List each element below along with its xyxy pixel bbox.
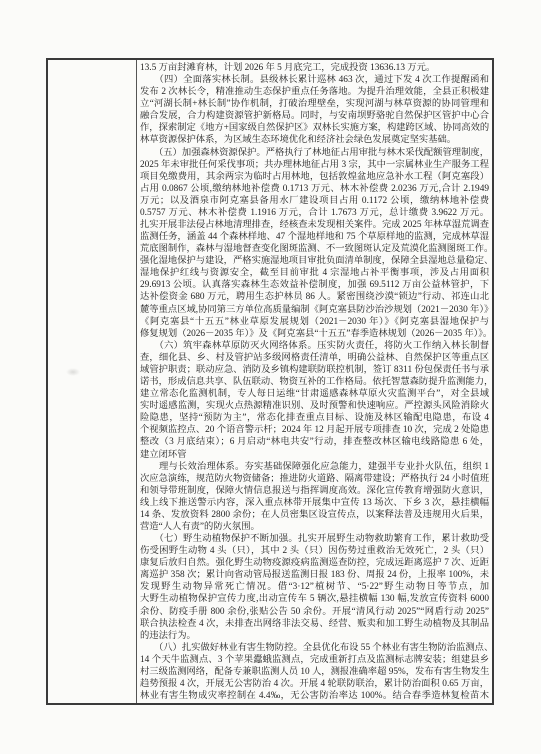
- text-line: 占用 0.0867 公顷,缴纳林地补偿费 0.1713 万元、林木补偿费 2.0…: [140, 183, 489, 195]
- text-line: 建立闭环管: [140, 449, 489, 461]
- text-line: 和领导带班制度，保障火情信息报送与指挥调度高效。深化宣传教育增强防火意识，: [140, 485, 489, 497]
- text-line: 余份、防疫手册 800 余份,张贴公告 50 余份。开展“清风行动 2025”“…: [140, 606, 489, 618]
- report-text-cell: 13.5 万亩封滩育林，计划 2026 年 5 月底完工，完成投资 13636.…: [137, 60, 492, 703]
- text-line: 29.6913 公顷。认真落实森林生态效益补偿制度，加强 69.5112 万亩公…: [140, 279, 489, 291]
- text-line: 建立常态化监测机制，专人每日运维“甘肃遥感森林草原火灾监测平台”，对全县域: [140, 388, 489, 400]
- text-line: 大野生动植物保护宣传力度,出动宣传车 5 辆次,悬挂横幅 130 幅,发放宣传资…: [140, 593, 489, 605]
- text-line: 次应急演练，规范防火物资储备；推进防火道路、隔离带建设；严格执行 24 小时值班: [140, 473, 489, 485]
- text-line: 万元；以及酒泉市阿克塞县备用水厂建设项目占用 0.1172 公顷，缴纳林地补偿费: [140, 195, 489, 207]
- text-line: 发布 2 次林长令，精准推动生态保护重点任务落地。为提升治理效能，全县正积极建: [140, 86, 489, 98]
- scanned-document-page: 13.5 万亩封滩育林，计划 2026 年 5 月底完工，完成投资 13636.…: [0, 0, 541, 754]
- text-line: 《阿克塞县“十五五”林业草原发展规划（2021－2030 年）》《阿克塞县湿地保…: [140, 316, 489, 328]
- text-line: 14 个天牛监测点、3 个苹果蠹蛾监测点，完成重新打点及监测标志牌安装；组建县乡: [140, 654, 489, 666]
- text-line: 域管护职责；联动应急、消防及乡镇构建联防联控机制，签订 8311 份包保责任书与…: [140, 364, 489, 376]
- report-table: 13.5 万亩封滩育林，计划 2026 年 5 月底完工，完成投资 13636.…: [46, 58, 494, 705]
- text-line: 林业有害生物成灾率控制在 4.4‰，无公害防治率达 100%。结合春季造林复检苗…: [140, 690, 489, 702]
- text-line: （四）全面落实林长制。县级林长累计巡林 463 次，通过下发 4 次工作提醒函和: [140, 74, 489, 86]
- text-line: 查，细化县、乡、村及管护站多级网格责任清单，明确公益林、自然保护区等重点区: [140, 352, 489, 364]
- text-line: 离巡护 358 次；累计向省动管局报送监测日报 183 份、周报 24 份，上报…: [140, 569, 489, 581]
- text-line: 湿地保护红线与资源安全，截至目前审批 4 宗湿地占补平衡事项，涉及占用面积: [140, 267, 489, 279]
- text-line: （七）野生动植物保护不断加强。扎实开展野生动物救助繁育工作，累计救助受: [140, 533, 489, 545]
- report-lines: 13.5 万亩封滩育林，计划 2026 年 5 月底完工，完成投资 13636.…: [140, 62, 489, 702]
- text-line: 13.5 万亩封滩育林，计划 2026 年 5 月底完工，完成投资 13636.…: [140, 62, 489, 74]
- text-line: 发现野生动物异常死亡情况。借“3·12”植树节、“5·22”野生动物日等节点，加: [140, 581, 489, 593]
- text-line: （五）加强森林资源保护。严格执行了林地征占用审批与林木采伐配额管理制度，: [140, 147, 489, 159]
- text-line: 险隐患，坚持“预防为主”，常态化排查重点目标、设施及林区输配电隐患，布设 4: [140, 412, 489, 424]
- text-line: 营造“人人有责”的防火氛围。: [140, 521, 489, 533]
- text-line: 个视频监控点、20 个语音警示杆；2024 年 12 月起开展专项排查 10 次…: [140, 424, 489, 436]
- text-line: 的违法行为。: [140, 630, 489, 642]
- text-line: 联合执法检查 4 次，未排查出网络非法交易、经营、贩卖和加工野生动植物及其制品: [140, 618, 489, 630]
- text-line: 荒底图制作，森林与湿地督查变化图斑监测、不一致图斑认定及荒漠化监测图斑工作。: [140, 243, 489, 255]
- text-line: 村三级监测网络，配备专兼职监测人员 10 人，测报准确率超 95%，发布有害生物…: [140, 666, 489, 678]
- text-line: 扎实开展非法侵占林地清理排查，经核查未发现相关案件。完成 2025 年林草湿荒调…: [140, 219, 489, 231]
- text-line: 康复后放归自然。强化野生动物疫源疫病监测巡查防控，完成远距离巡护 7 次、近距: [140, 557, 489, 569]
- text-line: 整改（3 月底结束）；6 月启动“林电共安”行动，排查整改林区输电线路隐患 6 …: [140, 436, 489, 448]
- text-line: 2025 年未审批任何采伐事项；共办理林地征占用 3 宗，其中一宗属林业生产服务…: [140, 159, 489, 171]
- text-line: （八）扎实做好林业有害生物防控。全县优化布设 55 个林业有害生物防治监测点、: [140, 642, 489, 654]
- text-line: 监测任务，涵盖 44 个森林样地、47 个湿地样地和 75 个草原样地的监测，完…: [140, 231, 489, 243]
- text-line: 项目免缴费用，其余两宗为临时占用林地，包括敦煌盆地应急补水工程（阿克塞段）: [140, 171, 489, 183]
- text-line: 林草资源保护体系，为区域生态环境优化和经济社会绿色发展奠定坚实基础。: [140, 134, 489, 146]
- text-line: 达补偿资金 680 万元，聘用生态护林员 86 人。紧密围绕沙漠“锁边”行动、祁…: [140, 291, 489, 303]
- text-line: 立“河湖长制+林长制”协作机制，打破治理壁垒，实现河湖与林草资源的协同管理和: [140, 98, 489, 110]
- text-line: 强化湿地保护与建设，严格实施湿地项目审批负面清单制度，保障全县湿地总量稳定、: [140, 255, 489, 267]
- text-line: 实时遥感监测，实现火点热源精准识别、及时预警和快速响应。严控源头风险消除火: [140, 400, 489, 412]
- text-line: （六）筑牢森林草原防灭火网络体系。压实防火责任，将防火工作纳入林长制督: [140, 340, 489, 352]
- text-line: 诺书，形成信息共享、队伍联动、物资互补的工作格局。依托智慧森防提升监测能力，: [140, 376, 489, 388]
- text-line: 0.5757 万元、林木补偿费 1.1916 万元，合计 1.7673 万元，总…: [140, 207, 489, 219]
- text-line: 作，探索制定《地方+国家级自然保护区》双林长实施方案，构建跨区域、协同高效的: [140, 122, 489, 134]
- text-line: 趋势预报 4 次，开展无公害防治 4 次。开展 4 轮联防联治，累计防治面积 0…: [140, 678, 489, 690]
- scan-smudge-artifact: [66, 368, 80, 376]
- text-line: 伤受困野生动物 4 头（只），其中 2 头（只）因伤势过重救治无效死亡，2 头（…: [140, 545, 489, 557]
- text-line: 14 条、发放资料 2800 余份；在人员密集区设宣传点，以案释法普及违规用火后…: [140, 509, 489, 521]
- text-line: 线上线下推送警示内容，深入重点林带开展集中宣传 13 场次、下乡 3 次，悬挂横…: [140, 497, 489, 509]
- text-line: 理与长效治理体系。夯实基础保障强化应急能力，建强半专业扑火队伍，组织 1: [140, 461, 489, 473]
- text-line: 麓等重点区域,协同第三方单位高质量编制《阿克塞县防沙治沙规划（2021－2030…: [140, 304, 489, 316]
- text-line: 修复规划（2026－2035 年）》及《阿克塞县“十五五”春季造林规划（2026…: [140, 328, 489, 340]
- text-line: 融合发展，合力构建资源管护新格局。同时，与安南坝野骆驼自然保护区管护中心合: [140, 110, 489, 122]
- table-left-cell-empty: [48, 60, 137, 703]
